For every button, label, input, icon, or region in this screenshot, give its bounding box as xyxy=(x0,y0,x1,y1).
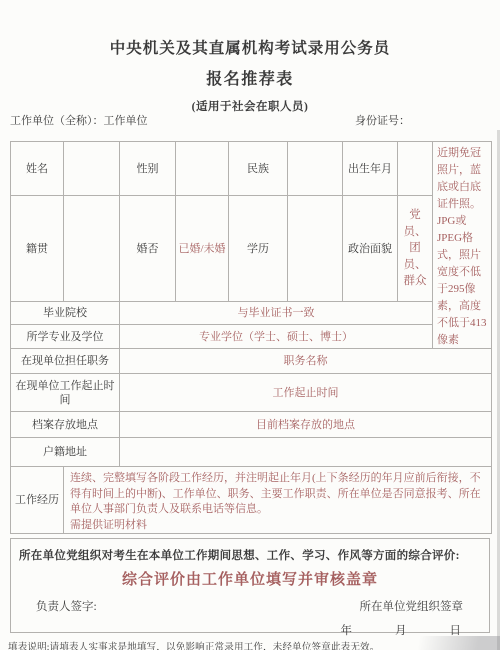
form-filling-instructions: 填表说明:请填表人实事求是地填写，以免影响正常录用工作，未经单位签章此表无效。 xyxy=(8,639,379,650)
position-label-cell: 在现单位担任职务 xyxy=(11,349,120,374)
education-value-cell xyxy=(288,196,343,302)
id-number-label: 身份证号： xyxy=(355,112,410,128)
birth-value-cell xyxy=(398,142,433,196)
ethnicity-value-cell xyxy=(288,142,343,196)
scan-corner-artifact xyxy=(410,636,500,650)
experience-label-cell: 工作经历 xyxy=(11,467,64,533)
political-option-line: 员、 xyxy=(404,257,427,274)
major-value-cell: 专业学位（学士、硕士、博士） xyxy=(120,325,433,349)
photo-requirements-cell: 近期免冠照片，蓝底或白底证件照。JPG或JPEG格式，照片宽度不低于295像素，… xyxy=(433,142,491,349)
major-label-cell: 所学专业及学位 xyxy=(11,325,120,349)
archive-value-cell: 目前档案存放的地点 xyxy=(120,412,491,438)
date-month-label: 月 xyxy=(395,622,407,638)
marital-value-cell: 已婚/未婚 xyxy=(176,196,229,302)
experience-instructions-cell: 连续、完整填写各阶段工作经历，并注明起止年月(上下条经历的年月应前后衔接，不得有… xyxy=(64,467,491,533)
org-stamp-label: 所在单位党组织签章 xyxy=(360,598,464,614)
birth-label-cell: 出生年月 xyxy=(343,142,398,196)
political-option-line: 群众 xyxy=(404,273,427,290)
work-period-label-cell: 在现单位工作起止时间 xyxy=(11,374,120,412)
school-label-cell: 毕业院校 xyxy=(11,302,120,325)
education-label-cell: 学历 xyxy=(229,196,288,302)
political-status-options-cell: 党 员、 团 员、 群众 xyxy=(398,196,433,302)
experience-instructions-text: 连续、完整填写各阶段工作经历，并注明起止年月(上下条经历的年月应前后衔接，不得有… xyxy=(70,471,485,518)
applicant-info-table: 姓名 性别 民族 出生年月 近期免冠照片，蓝底或白底证件照。JPG或JPEG格式… xyxy=(10,141,492,534)
gender-value-cell xyxy=(176,142,229,196)
name-label-cell: 姓名 xyxy=(11,142,64,196)
political-label-cell: 政治面貌 xyxy=(343,196,398,302)
native-place-label-cell: 籍贯 xyxy=(11,196,64,302)
evaluation-heading: 所在单位党组织对考生在本单位工作期间思想、工作、学习、作风等方面的综合评价: xyxy=(11,539,489,563)
political-option-line: 党 xyxy=(409,207,421,224)
evaluation-stamp-note: 综合评价由工作单位填写并审核盖章 xyxy=(11,568,489,589)
native-place-value-cell xyxy=(64,196,120,302)
work-unit-value: 工作单位 xyxy=(104,115,148,127)
date-year-label: 年 xyxy=(341,622,353,638)
school-value-cell: 与毕业证书一致 xyxy=(120,302,433,325)
gender-label-cell: 性别 xyxy=(120,142,176,196)
work-unit-line: 工作单位（全称）：工作单位 xyxy=(10,112,148,128)
evaluation-signature-row: 负责人签字: 所在单位党组织签章 xyxy=(11,589,489,614)
work-unit-label: 工作单位（全称）： xyxy=(10,115,104,127)
position-value-cell: 职务名称 xyxy=(120,349,491,374)
political-option-line: 员、 xyxy=(404,224,427,241)
form-title-line2: 报名推荐表 xyxy=(0,66,500,89)
name-value-cell xyxy=(64,142,120,196)
archive-label-cell: 档案存放地点 xyxy=(11,412,120,438)
meta-line: 工作单位（全称）：工作单位 身份证号： xyxy=(10,112,492,126)
experience-proof-note: 需提供证明材料 xyxy=(70,518,485,534)
form-sheet: 中央机关及其直属机构考试录用公务员 报名推荐表 (适用于社会在职人员) 工作单位… xyxy=(0,0,500,650)
ethnicity-label-cell: 民族 xyxy=(229,142,288,196)
work-period-value-cell: 工作起止时间 xyxy=(120,374,491,412)
residence-value-cell xyxy=(120,438,491,467)
form-title-line1: 中央机关及其直属机构考试录用公务员 xyxy=(0,36,500,58)
political-option-line: 团 xyxy=(409,240,421,257)
evaluation-section: 所在单位党组织对考生在本单位工作期间思想、工作、学习、作风等方面的综合评价: 综… xyxy=(10,538,490,633)
marital-label-cell: 婚否 xyxy=(120,196,176,302)
residence-label-cell: 户籍地址 xyxy=(11,438,120,467)
signer-label: 负责人签字: xyxy=(36,598,97,614)
form-title-block: 中央机关及其直属机构考试录用公务员 报名推荐表 (适用于社会在职人员) xyxy=(0,36,500,114)
